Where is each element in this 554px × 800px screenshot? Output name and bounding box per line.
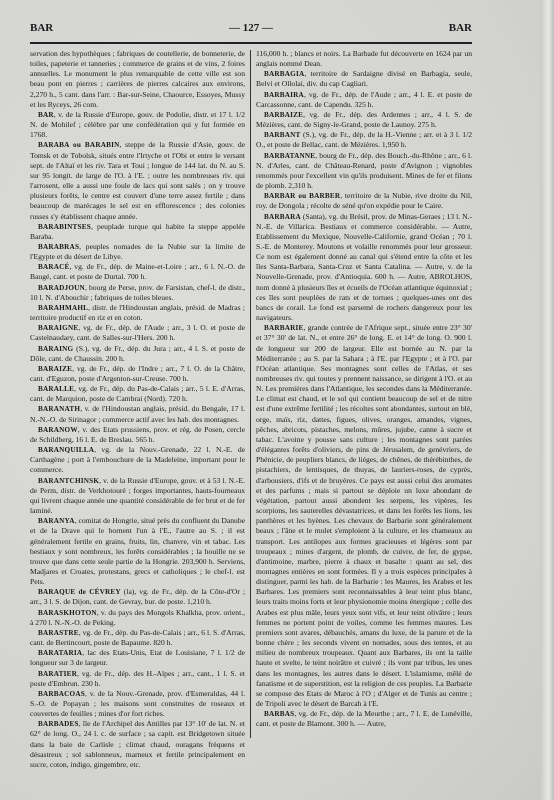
dictionary-entry: BARBAIZE, vg. de Fr., dép. des Ardennes … <box>256 110 472 130</box>
entry-headword: BARBAIRA <box>264 91 304 99</box>
entry-headword: BARBAIZE <box>264 111 303 119</box>
right-column: 116,000 h. ; blancs et noirs. La Barbade… <box>256 49 472 729</box>
entry-headword: BARBARA <box>264 213 301 221</box>
dictionary-entry: BARBAGIA, territoire de Sardaigne divisé… <box>256 69 472 89</box>
dictionary-entry: BARAQUE de CÉVREY (la), vg. de Fr., dép.… <box>30 587 245 607</box>
dictionary-entry: servation des hypothèques ; fabriques de… <box>30 49 245 110</box>
dictionary-entry: BARATARIA, lac des Etats-Unis, Etat de L… <box>30 648 245 668</box>
dictionary-entry: BARANOW, v. des Etats prussiens, prov. e… <box>30 425 245 445</box>
dictionary-entry: BARADJOUN, bourg de Perse, prov. de Fars… <box>30 283 245 303</box>
entry-headword: BARBADES <box>38 720 79 728</box>
dictionary-entry: BARABRAS, peuples nomades de la Nubie su… <box>30 242 245 262</box>
dictionary-entry: BARBAR ou BARBER, territoire de la Nubie… <box>256 191 472 211</box>
dictionary-entry: BARBACOAS, v. de la Nouv.-Grenade, prov.… <box>30 689 245 719</box>
dictionary-entry: BARAIZE, vg. de Fr., dép. de l'Indre ; a… <box>30 364 245 384</box>
entry-headword: BARBARIE <box>264 324 304 332</box>
dictionary-entry: BARANYA, comitat de Hongrie, situé près … <box>30 516 245 587</box>
entry-text: servation des hypothèques ; fabriques de… <box>30 49 245 109</box>
entry-headword: BARANATH <box>38 405 80 413</box>
dictionary-entry: BARAHMAHL, distr. de l'Hindoustan anglai… <box>30 303 245 323</box>
scanned-page: BAR — 127 — BAR servation des hypothèque… <box>0 0 554 800</box>
entry-headword: BARATIER <box>38 670 77 678</box>
dictionary-entry: BARANTCHINSK, v. de la Russie d'Europe, … <box>30 476 245 517</box>
dictionary-entry: BARAING (S.), vg. de Fr., dép. du Jura ;… <box>30 344 245 364</box>
entry-text: , comitat de Hongrie, situé près du conf… <box>30 516 245 586</box>
page-edge <box>540 0 554 800</box>
entry-headword: BARANYA <box>38 517 75 525</box>
dictionary-entry: BARBAS, vg. de Fr., dép. de la Meurthe ;… <box>256 709 472 729</box>
entry-headword: BARBAR ou BARBER <box>264 192 340 200</box>
entry-headword: BAR <box>38 111 54 119</box>
entry-headword: BARAHMAHL <box>38 304 88 312</box>
entry-headword: BARAING <box>38 345 73 353</box>
entry-text: , steppe de la Russie d'Asie, gouv. de T… <box>30 140 245 220</box>
entry-headword: BARABA ou BARABIN <box>38 141 119 149</box>
entry-headword: BARABRAS <box>38 243 79 251</box>
dictionary-entry: BARANATH, v. de l'Hindoustan anglais, pr… <box>30 404 245 424</box>
entry-headword: BARBAGIA <box>264 70 304 78</box>
page-header: BAR — 127 — BAR <box>30 22 472 38</box>
dictionary-entry: BARBADES, île de l'Archipel des Antilles… <box>30 719 245 770</box>
entry-headword: BARATARIA <box>38 649 82 657</box>
dictionary-entry: BARBAIRA, vg. de Fr., dép. de l'Aude ; a… <box>256 90 472 110</box>
entry-headword: BARANQUILLA <box>38 446 94 454</box>
column-divider <box>250 50 251 738</box>
entry-headword: BARANTCHINSK <box>38 477 99 485</box>
dictionary-entry: 116,000 h. ; blancs et noirs. La Barbade… <box>256 49 472 69</box>
dictionary-entry: BARBANT (S.), vg. de Fr., dép. de la H.-… <box>256 130 472 150</box>
dictionary-entry: BARASKHOTON, v. du pays des Mongols Khal… <box>30 608 245 628</box>
dictionary-entry: BARANQUILLA, vg. de la Nouv.-Grenade, 22… <box>30 445 245 475</box>
entry-headword: BARADJOUN <box>38 284 85 292</box>
left-column: servation des hypothèques ; fabriques de… <box>30 49 245 770</box>
entry-text: , v. de la Russie d'Europe, gouv. de Pod… <box>30 110 245 139</box>
entry-headword: BARACÉ <box>38 263 70 271</box>
dictionary-entry: BARBATANNE, bourg de Fr., dép. des Bouch… <box>256 151 472 192</box>
entry-headword: BARBANT <box>264 131 301 139</box>
entry-headword: BARABINTSES <box>38 223 91 231</box>
entry-headword: BARBAS <box>264 710 294 718</box>
header-rule <box>30 42 472 44</box>
entry-text: 116,000 h. ; blancs et noirs. La Barbade… <box>256 49 472 68</box>
page-number: — 127 — <box>30 22 472 34</box>
entry-headword: BARBATANNE <box>264 152 315 160</box>
entry-headword: BARAIGNE <box>38 324 78 332</box>
dictionary-entry: BARBARA (Santa), vg. du Brésil, prov. de… <box>256 212 472 324</box>
entry-headword: BARBACOAS <box>38 690 85 698</box>
running-head-right: BAR <box>449 22 472 34</box>
entry-headword: BARANOW <box>38 426 78 434</box>
dictionary-entry: BARAIGNE, vg. de Fr., dép. de l'Aude ; a… <box>30 323 245 343</box>
dictionary-entry: BAR, v. de la Russie d'Europe, gouv. de … <box>30 110 245 140</box>
dictionary-entry: BARBARIE, grande contrée de l'Afrique se… <box>256 323 472 709</box>
entry-text: (Santa), vg. du Brésil, prov. de Minas-G… <box>256 212 472 323</box>
dictionary-entry: BARABA ou BARABIN, steppe de la Russie d… <box>30 140 245 221</box>
entry-headword: BARASKHOTON <box>38 609 97 617</box>
dictionary-entry: BARATIER, vg. de Fr., dép. des H.-Alpes … <box>30 669 245 689</box>
entry-headword: BARALLE <box>38 385 74 393</box>
entry-text: , grande contrée de l'Afrique sept., sit… <box>256 323 472 708</box>
dictionary-entry: BARALLE, vg. de Fr., dép. du Pas-de-Cala… <box>30 384 245 404</box>
dictionary-entry: BARASTRE, vg. de Fr., dép. du Pas-de-Cal… <box>30 628 245 648</box>
entry-headword: BARAIZE <box>38 365 72 373</box>
entry-headword: BARASTRE <box>38 629 79 637</box>
dictionary-entry: BARABINTSES, peuplade turque qui habite … <box>30 222 245 242</box>
dictionary-entry: BARACÉ, vg. de Fr., dép. de Maine-et-Loi… <box>30 262 245 282</box>
entry-headword: BARAQUE de CÉVREY <box>38 588 121 596</box>
